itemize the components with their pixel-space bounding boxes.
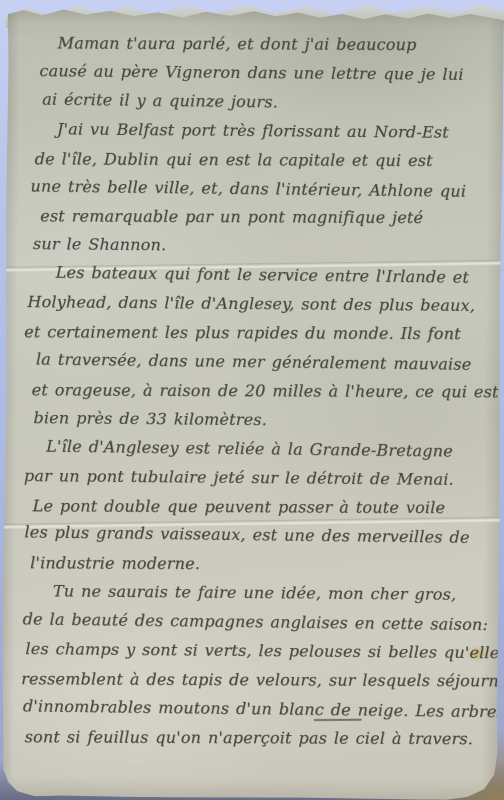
- letter-line: l'industrie moderne.: [30, 550, 497, 581]
- letter-line: ai écrite il y a quinze jours.: [42, 85, 501, 120]
- letter-line: et certainement les plus rapides du mond…: [24, 318, 499, 349]
- handwritten-text: Maman t'aura parlé, et dont j'ai beaucou…: [28, 28, 502, 755]
- letter-line: de la beauté des campagnes anglaises en …: [22, 605, 496, 640]
- photo-scene: Maman t'aura parlé, et dont j'ai beaucou…: [0, 0, 504, 800]
- letter-line: Les bateaux qui font le service entre l'…: [55, 259, 499, 293]
- letter-line: les plus grands vaisseaux, est une des m…: [24, 519, 497, 554]
- letter-line: bien près de 33 kilomètres.: [33, 404, 498, 437]
- letter-line: est remarquable par un pont magnifique j…: [40, 203, 500, 234]
- letter-line: et orageuse, à raison de 20 milles à l'h…: [32, 376, 499, 407]
- letter-line: Holyhead, dans l'île d'Anglesey, sont de…: [27, 288, 499, 321]
- neige-underline-stroke: [314, 719, 362, 721]
- letter-line: Tu ne saurais te faire une idée, mon che…: [53, 578, 497, 611]
- letter-line: sont si feuillus qu'on n'aperçoit pas le…: [25, 723, 496, 754]
- letter-line: de l'île, Dublin qui en est la capitale …: [35, 145, 501, 176]
- letter-line: causé au père Vigneron dans une lettre q…: [39, 57, 501, 90]
- letter-line: la traversée, dans une mer généralement …: [36, 345, 499, 380]
- letter-line: L'île d'Anglesey est reliée à la Grande-…: [46, 432, 498, 466]
- letter-line: les champs y sont si verts, les pelouses…: [25, 635, 496, 668]
- letter-line: d'innombrables moutons d'un blanc de nei…: [23, 692, 496, 727]
- letter-line: J'ai vu Belfast port très florissant au …: [57, 115, 501, 148]
- letter-line: Maman t'aura parlé, et dont j'ai beaucou…: [58, 29, 502, 60]
- letter-line: ressemblent à des tapis de velours, sur …: [21, 665, 496, 696]
- letter-line: une très belle ville, et, dans l'intérie…: [30, 172, 500, 207]
- letter-line: Le pont double que peuvent passer à tout…: [33, 492, 498, 523]
- letter-paper: Maman t'aura parlé, et dont j'ai beaucou…: [1, 6, 504, 800]
- letter-line: par un pont tubulaire jeté sur le détroi…: [24, 462, 498, 495]
